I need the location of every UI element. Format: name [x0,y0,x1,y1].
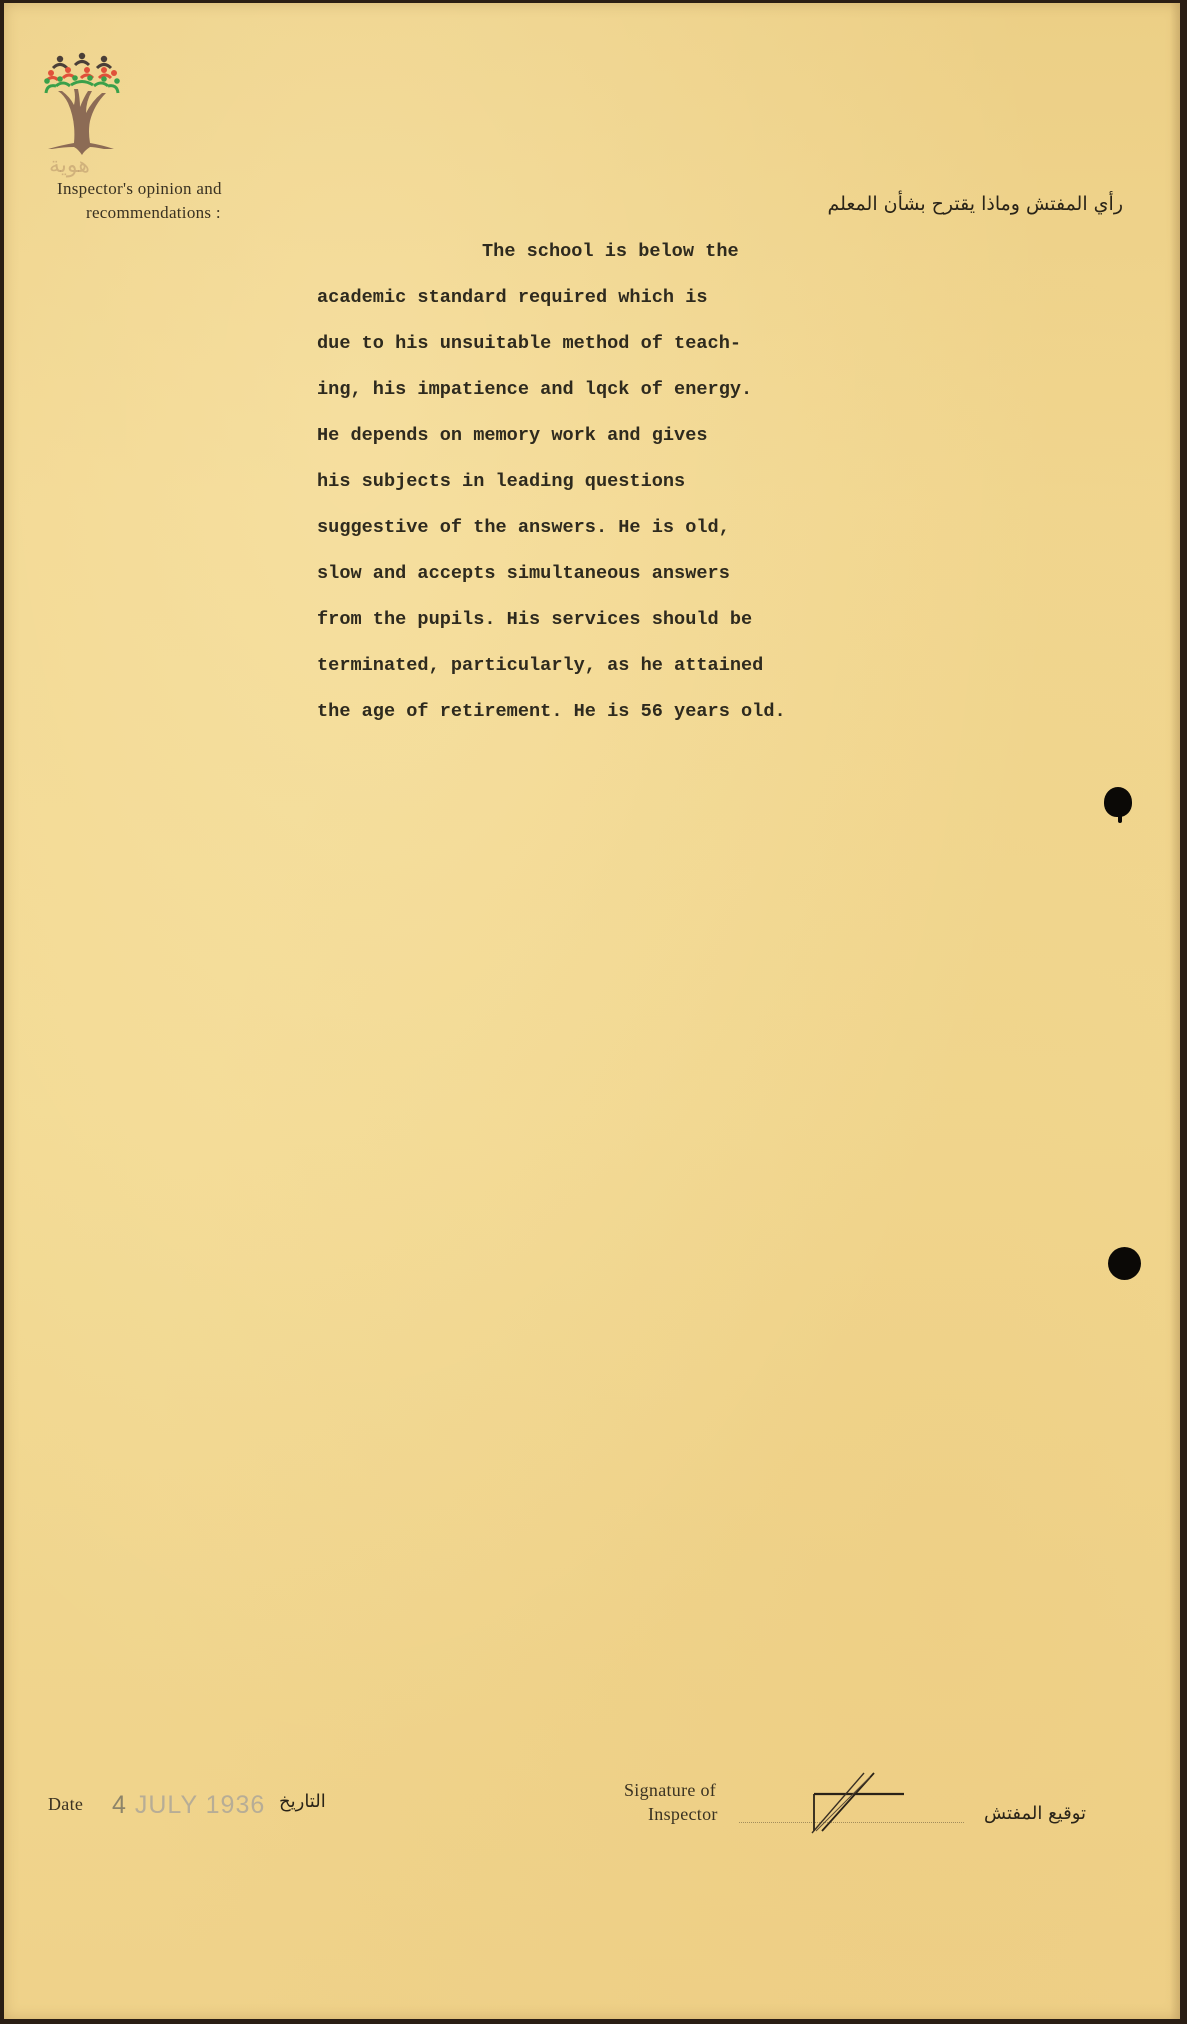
body-line: academic standard required which is [317,289,708,308]
date-stamp: 4 JULY 1936 [112,1791,265,1820]
body-line: the age of retirement. He is 56 years ol… [317,703,786,722]
date-label: Date [48,1794,83,1815]
body-line: ing, his impatience and lqck of energy. [317,381,752,400]
date-label-arabic: التاريخ [279,1791,326,1812]
signature-label-arabic: توقيع المفتش [984,1803,1086,1824]
inspector-opinion-label: Inspector's opinion and [57,179,222,199]
inspector-opinion-label-arabic: رأي المفتش وماذا يقترح بشأن المعلم [827,193,1123,215]
document-page: هوية Inspector's opinion and recommendat… [4,3,1180,2019]
page-edge-shadow [1170,3,1180,2019]
recommendations-label: recommendations : [86,203,221,223]
body-line: The school is below the [482,243,739,262]
tree-logo-icon [44,51,120,155]
body-line: terminated, particularly, as he attained [317,657,763,676]
body-line: his subjects in leading questions [317,473,685,492]
body-line: slow and accepts simultaneous answers [317,565,730,584]
body-line: due to his unsuitable method of teach- [317,335,741,354]
punch-hole-icon [1108,1247,1141,1280]
signature-label: Signature of [624,1780,716,1801]
body-line: He depends on memory work and gives [317,427,708,446]
watermark-text: هوية [49,153,90,178]
body-line: from the pupils. His services should be [317,611,752,630]
date-day: 4 [112,1791,127,1819]
inspector-label: Inspector [648,1804,718,1825]
date-month-year: JULY 1936 [135,1791,265,1819]
body-line: suggestive of the answers. He is old, [317,519,730,538]
punch-hole-tear-icon [1118,813,1122,823]
signature-mark-icon [804,1771,914,1836]
